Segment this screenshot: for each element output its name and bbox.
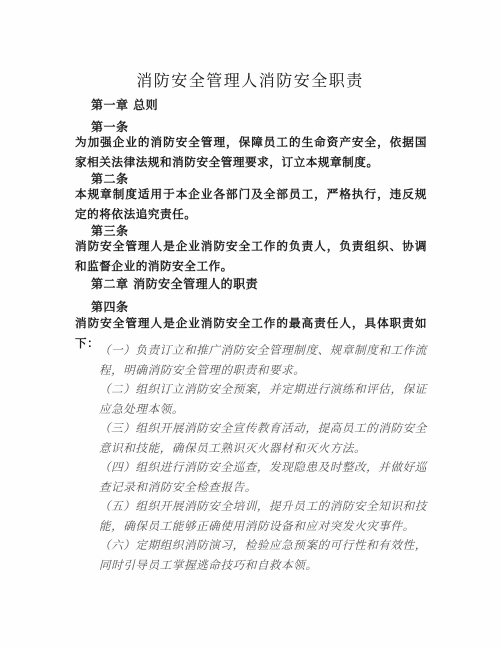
duty-item-2: （二）组织订立消防安全预案，并定期进行演练和评估，保证应急处理本领。 bbox=[75, 379, 427, 419]
duty-item-4-text: （四）组织进行消防安全巡查，发现隐患及时整改，并做好巡查记录和消防安全检查报告。 bbox=[75, 457, 427, 497]
duty-item-6-text: （六）定期组织消防演习，检验应急预案的可行性和有效性，同时引导员工掌握逃命技巧和… bbox=[75, 535, 427, 575]
duty-item-3: （三）组织开展消防安全宣传教育活动，提高员工的消防安全意识和技能，确保员工熟识灭… bbox=[75, 418, 427, 458]
duty-item-6: （六）定期组织消防演习，检验应急预案的可行性和有效性，同时引导员工掌握逃命技巧和… bbox=[75, 535, 427, 575]
chapter-2-heading: 第二章 消防安全管理人的职责 bbox=[91, 275, 258, 292]
chapter-1-heading: 第一章 总则 bbox=[91, 96, 158, 113]
article-2-text: 本规章制度适用于本企业各部门及全部员工，严格执行，违反规定的将依法追究责任。 bbox=[75, 184, 427, 224]
duty-item-5: （五）组织开展消防安全培训，提升员工的消防安全知识和技能，确保员工能够正确使用消… bbox=[75, 496, 427, 536]
duty-item-1: （一）负责订立和推广消防安全管理制度、规章制度和工作流程，明确消防安全管理的职责… bbox=[75, 340, 427, 380]
document-title: 消防安全管理人消防安全职责 bbox=[0, 68, 500, 91]
article-3-text: 消防安全管理人是企业消防安全工作的负责人，负责组织、协调和监督企业的消防安全工作… bbox=[75, 236, 427, 276]
duty-item-5-text: （五）组织开展消防安全培训，提升员工的消防安全知识和技能，确保员工能够正确使用消… bbox=[75, 496, 427, 536]
duty-item-1-text: （一）负责订立和推广消防安全管理制度、规章制度和工作流程，明确消防安全管理的职责… bbox=[75, 340, 427, 380]
duty-item-3-text: （三）组织开展消防安全宣传教育活动，提高员工的消防安全意识和技能，确保员工熟识灭… bbox=[75, 418, 427, 458]
article-1-text: 为加强企业的消防安全管理，保障员工的生命资产安全，依据国家相关法律法规和消防安全… bbox=[75, 132, 427, 172]
document-page: 消防安全管理人消防安全职责 第一章 总则 第一条 为加强企业的消防安全管理，保障… bbox=[0, 0, 500, 647]
duty-item-2-text: （二）组织订立消防安全预案，并定期进行演练和评估，保证应急处理本领。 bbox=[75, 379, 427, 419]
duty-item-4: （四）组织进行消防安全巡查，发现隐患及时整改，并做好巡查记录和消防安全检查报告。 bbox=[75, 457, 427, 497]
